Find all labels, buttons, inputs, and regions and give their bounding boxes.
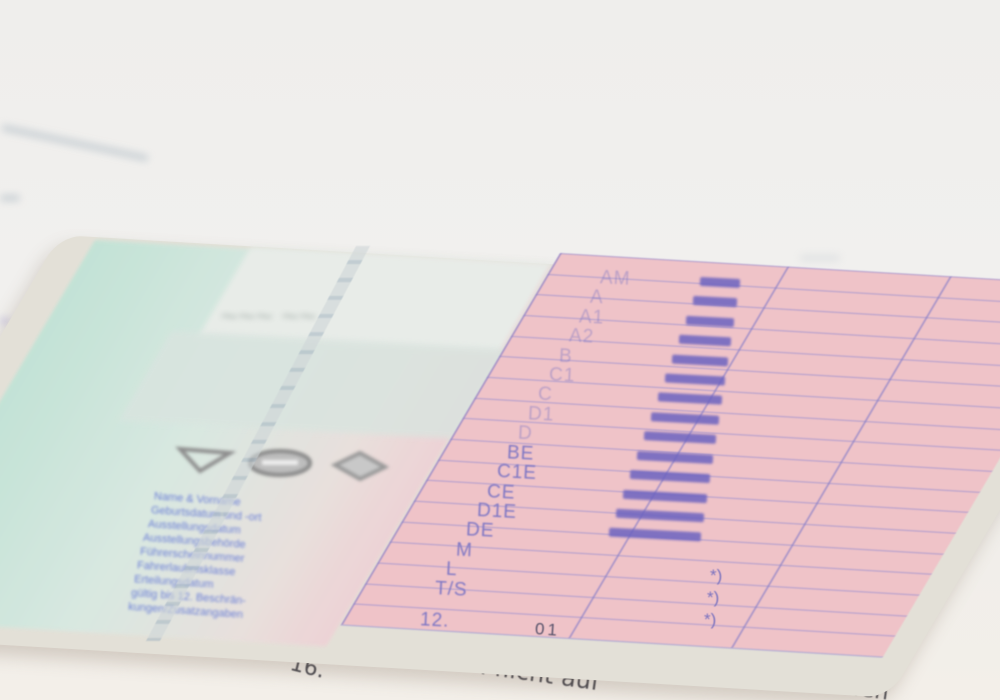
diamond-sign-icon: [335, 453, 385, 479]
table-column-line: [731, 276, 952, 647]
triangle-sign-icon: [180, 449, 230, 471]
card-signature: ~~~ ~~: [220, 300, 316, 334]
asterisk-mark: *): [704, 610, 716, 630]
row12-label: 12.: [419, 609, 450, 633]
row12-value: 01: [534, 619, 560, 641]
warning-symbols: [170, 445, 390, 485]
driving-licence-card: ~~~ ~~ Name & Vorname Geburtsdatum und -…: [0, 0, 1000, 700]
asterisk-mark: *): [707, 588, 719, 608]
asterisk-mark: *): [710, 566, 722, 586]
category-label: T/S: [435, 578, 469, 602]
